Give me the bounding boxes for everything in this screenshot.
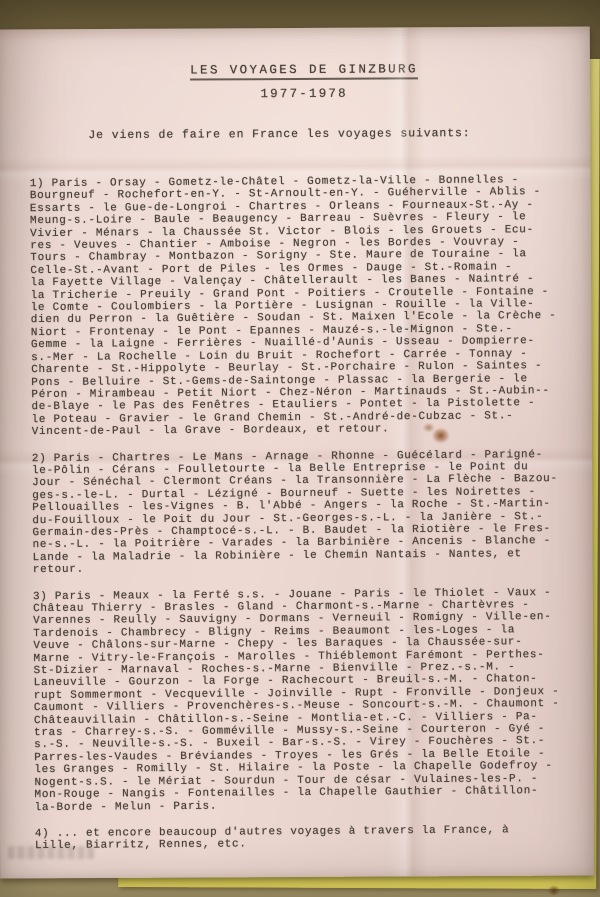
intro-line: Je viens de faire en France les voyages … (30, 127, 578, 143)
page-title: LES VOYAGES DE GINZBURG (190, 62, 418, 80)
photo-backdrop: LES VOYAGES DE GINZBURG 1977-1978 Je vie… (0, 0, 600, 897)
document-body: 1) Paris - Orsay - Gometz-le-Châtel - Go… (30, 174, 583, 853)
itinerary-paragraph-3: 3) Paris - Meaux - la Ferté s.s. - Jouan… (33, 586, 583, 814)
title-block: LES VOYAGES DE GINZBURG (30, 59, 578, 82)
itinerary-paragraph-1: 1) Paris - Orsay - Gometz-le-Châtel - Go… (30, 174, 580, 439)
itinerary-paragraph-4: 4) ... et encore beaucoup d'autres voyag… (35, 824, 583, 853)
itinerary-paragraph-2: 2) Paris - Chartres - Le Mans - Arnage -… (32, 448, 581, 576)
letter-page: LES VOYAGES DE GINZBURG 1977-1978 Je vie… (0, 26, 594, 878)
page-subtitle: 1977-1978 (30, 86, 578, 103)
